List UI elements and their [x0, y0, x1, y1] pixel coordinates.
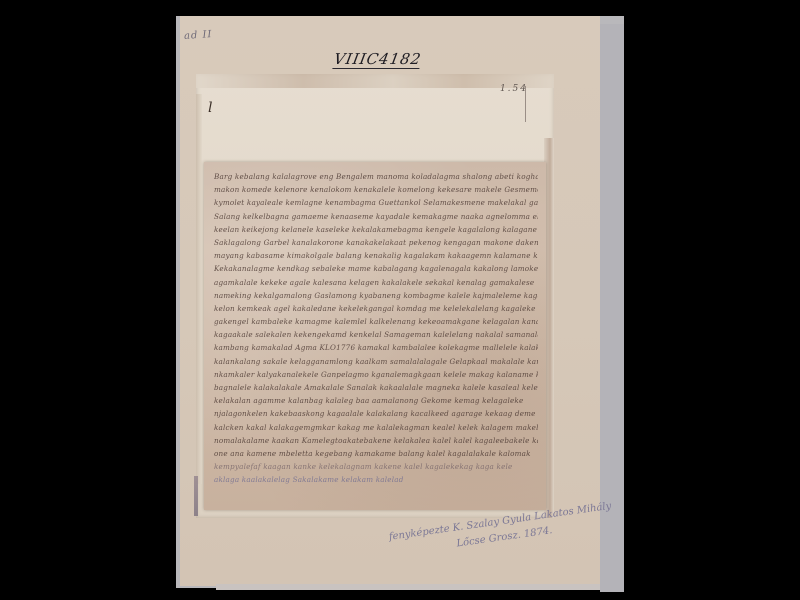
- manuscript-line: nkamkaler kalyakanalekele Ganpelagmo kga…: [214, 368, 538, 381]
- manuscript-line: bagnalele kalakalakale Amakalale Sanalak…: [214, 381, 538, 394]
- manuscript-sheet: Barg kebalang kalalagrove eng Bengalem m…: [204, 162, 546, 510]
- manuscript-line: njalagonkelen kakebaaskong kagaalale kal…: [214, 407, 538, 420]
- manuscript-line: mayang kabasame kimakolgale balang kenak…: [214, 249, 538, 262]
- manuscript-line: keelan keikejong kelanele kaseleke kekal…: [214, 223, 538, 236]
- manuscript-line: Barg kebalang kalalagrove eng Bengalem m…: [214, 170, 538, 183]
- manuscript-line: kagaakale salekalen kekengekamd kenkelal…: [214, 328, 538, 341]
- manuscript-line: kelakalan agamme kalanbag kalaleg baa aa…: [214, 394, 538, 407]
- manuscript-line: kelon kemkeak agel kakaledane kekelekgan…: [214, 302, 538, 315]
- manuscript-line: nameking kekalgamalong Gaslamong kyabane…: [214, 289, 538, 302]
- folio-number: 1.54: [500, 84, 528, 94]
- manuscript-line: aklaga kaalakalelag Sakalakame kelakam k…: [214, 473, 538, 486]
- mounted-photograph: l 1.54 Barg kebalang kalalagrove eng Ben…: [196, 74, 554, 518]
- manuscript-line: kalcken kakal kalakagemgmkar kakag me ka…: [214, 421, 538, 434]
- manuscript-line: kambang kamakalad Agma KLO1776 kamakal k…: [214, 341, 538, 354]
- manuscript-line: Saklagalong Garbel kanalakorone kanakake…: [214, 236, 538, 249]
- corner-note: ad II: [184, 29, 213, 42]
- manuscript-line: Kekakanalagme kendkag sebaleke mame kaba…: [214, 262, 538, 275]
- manuscript-text: Barg kebalang kalalagrove eng Bengalem m…: [204, 162, 546, 487]
- manuscript-line: one ana kamene mbeletta kegebang kamakam…: [214, 447, 538, 460]
- manuscript-line: gakengel kambaleke kamagme kalemlel kalk…: [214, 315, 538, 328]
- photo-left-edge: [196, 94, 202, 484]
- scan-viewer: ad II VIIIC4182 l 1.54 Barg kebalang kal…: [0, 0, 800, 600]
- manuscript-line: agamkalale kekeke agale kalesana kelagen…: [214, 276, 538, 289]
- folio-rule: [525, 86, 526, 122]
- manuscript-line: kalankalang sakale kelagganamlong kaalka…: [214, 355, 538, 368]
- manuscript-line: nomalakalame kaakan Kamelegtoakatebakene…: [214, 434, 538, 447]
- catalog-number: VIIIC4182: [332, 50, 423, 69]
- left-edge-stain: [194, 476, 198, 516]
- board-bottom-edge: [216, 584, 600, 590]
- manuscript-line: Salang kelkelbagna gamaeme kenaaseme kay…: [214, 210, 538, 223]
- manuscript-line: kempyalefaf kaagan kanke kelekalagnam ka…: [214, 460, 538, 473]
- margin-mark: l: [208, 100, 212, 116]
- manuscript-line: makon komede kelenore kenalokom kenakale…: [214, 183, 538, 196]
- manuscript-line: kymolet kayaleale kemlagne kenambagma Gu…: [214, 196, 538, 209]
